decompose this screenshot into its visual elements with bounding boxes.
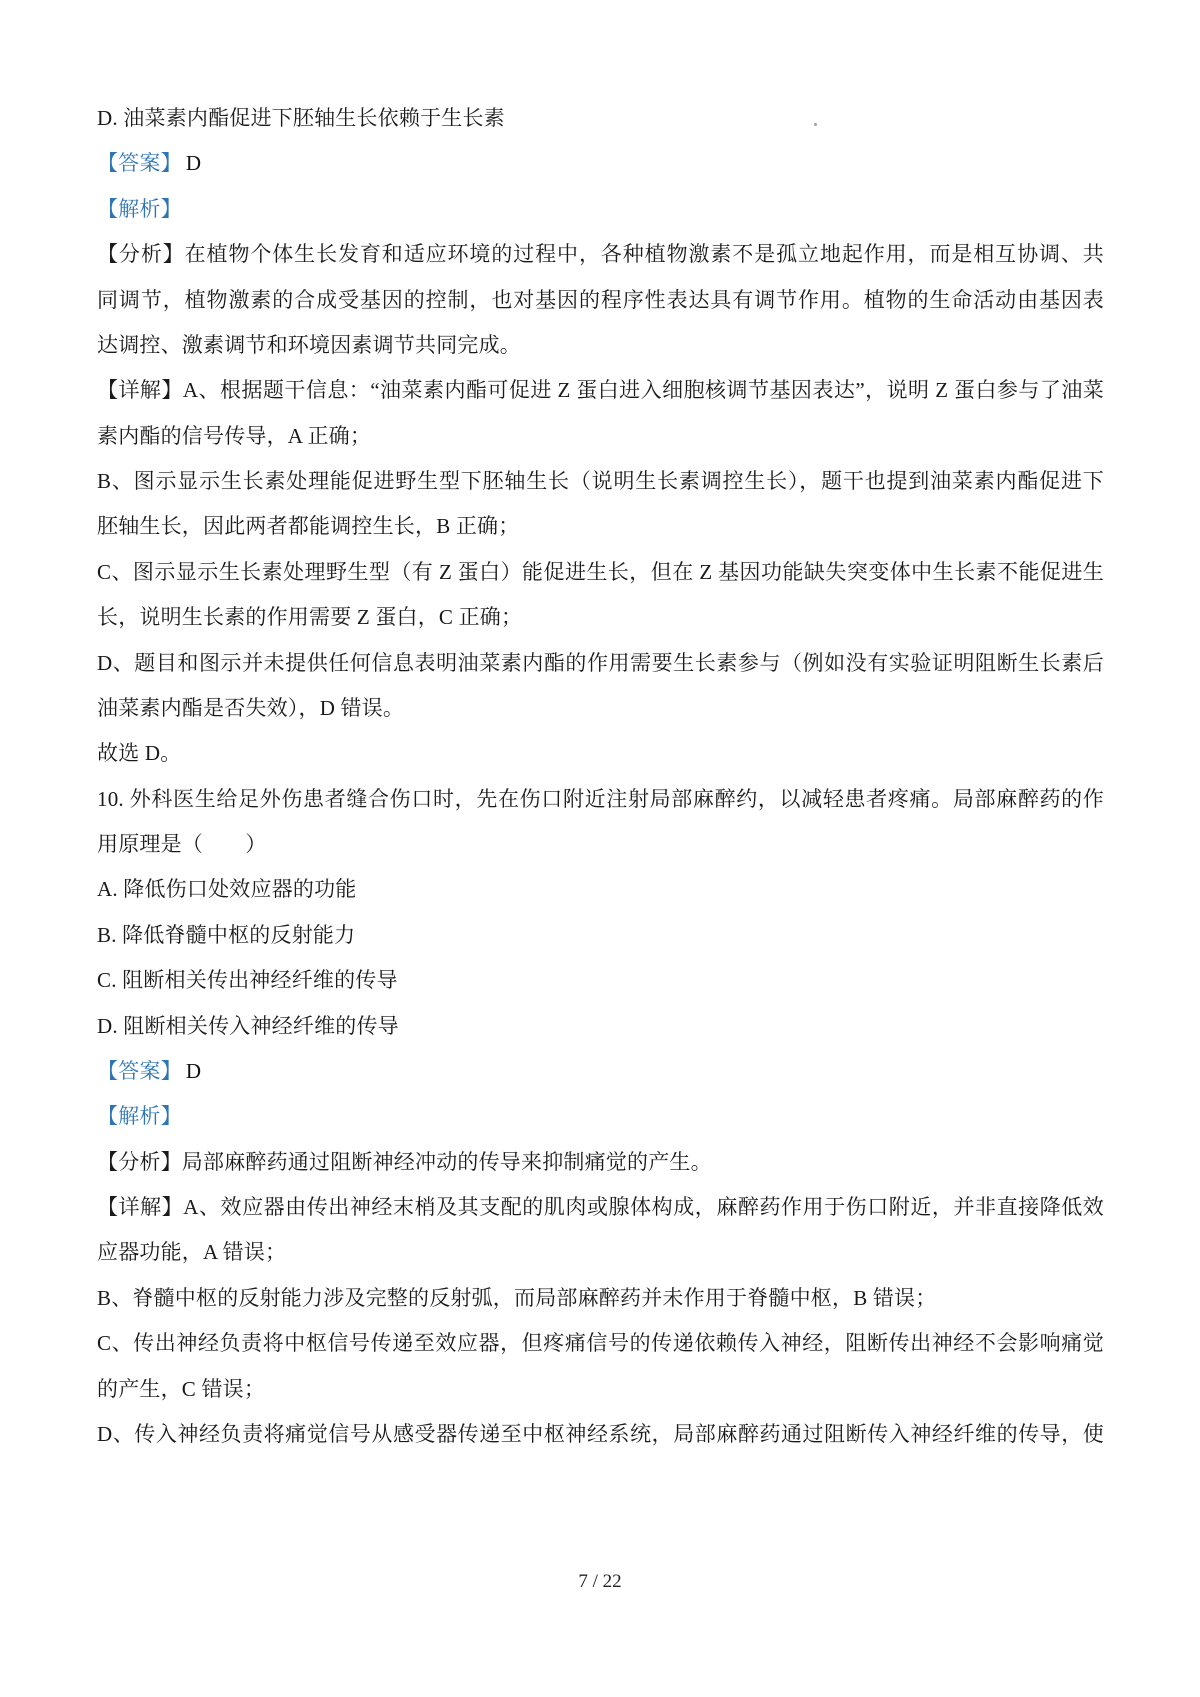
section-label: 【解析】: [97, 1104, 182, 1128]
text-line-body: C、传出神经负责将中枢信号传递至效应器，但疼痛信号的传递依赖传入神经，阻断传出神…: [97, 1321, 1104, 1366]
text-line-label: 【解析】: [97, 187, 1104, 232]
text-line-answer: 【答案】D: [97, 1049, 1104, 1094]
text-line-body: 应器功能，A 错误；: [97, 1230, 1104, 1275]
text-line-body: 用原理是（ ）: [97, 822, 1104, 867]
text-line-label: 【解析】: [97, 1094, 1104, 1139]
answer-label: 【答案】: [97, 1059, 182, 1083]
text-line-option: D. 阻断相关传入神经纤维的传导: [97, 1004, 1104, 1049]
text-line-option: A. 降低伤口处效应器的功能: [97, 867, 1104, 912]
text-line-body: 的产生，C 错误；: [97, 1367, 1104, 1412]
answer-value: D: [186, 151, 201, 175]
text-line-option: D. 油菜素内酯促进下胚轴生长依赖于生长素: [97, 96, 1104, 141]
text-line-body: 达调控、激素调节和环境因素调节共同完成。: [97, 323, 1104, 368]
text-line-body: 素内酯的信号传导，A 正确；: [97, 414, 1104, 459]
text-line-question: 10. 外科医生给足外伤患者缝合伤口时，先在伤口附近注射局部麻醉约，以减轻患者疼…: [97, 777, 1104, 822]
text-line-body: D、传入神经负责将痛觉信号从感受器传递至中枢神经系统，局部麻醉药通过阻断传入神经…: [97, 1412, 1104, 1457]
text-line-option: B. 降低脊髓中枢的反射能力: [97, 913, 1104, 958]
text-line-body: B、脊髓中枢的反射能力涉及完整的反射弧，而局部麻醉药并未作用于脊髓中枢，B 错误…: [97, 1276, 1104, 1321]
text-line-body: 【分析】在植物个体生长发育和适应环境的过程中，各种植物激素不是孤立地起作用，而是…: [97, 232, 1104, 277]
text-line-body: 胚轴生长，因此两者都能调控生长，B 正确；: [97, 504, 1104, 549]
text-line-body: C、图示显示生长素处理野生型（有 Z 蛋白）能促进生长，但在 Z 基因功能缺失突…: [97, 550, 1104, 595]
text-line-body: 长，说明生长素的作用需要 Z 蛋白，C 正确；: [97, 595, 1104, 640]
answer-value: D: [186, 1059, 201, 1083]
text-line-body: 油菜素内酯是否失效），D 错误。: [97, 686, 1104, 731]
document-page: { "page": { "footer": "7 / 22", "accent_…: [0, 0, 1200, 1697]
text-line-body: 【详解】A、根据题干信息：“油菜素内酯可促进 Z 蛋白进入细胞核调节基因表达”，…: [97, 368, 1104, 413]
text-line-body: B、图示显示生长素处理能促进野生型下胚轴生长（说明生长素调控生长），题干也提到油…: [97, 459, 1104, 504]
text-line-body: 故选 D。: [97, 731, 1104, 776]
text-line-body: 同调节，植物激素的合成受基因的控制，也对基因的程序性表达具有调节作用。植物的生命…: [97, 278, 1104, 323]
answer-label: 【答案】: [97, 151, 182, 175]
text-line-body: D、题目和图示并未提供任何信息表明油菜素内酯的作用需要生长素参与（例如没有实验证…: [97, 641, 1104, 686]
text-line-body: 【分析】局部麻醉药通过阻断神经冲动的传导来抑制痛觉的产生。: [97, 1140, 1104, 1185]
text-line-body: 【详解】A、效应器由传出神经末梢及其支配的肌肉或腺体构成，麻醉药作用于伤口附近，…: [97, 1185, 1104, 1230]
document-body: D. 油菜素内酯促进下胚轴生长依赖于生长素【答案】D【解析】【分析】在植物个体生…: [97, 96, 1104, 1457]
page-number: 7 / 22: [0, 1568, 1200, 1596]
text-line-option: C. 阻断相关传出神经纤维的传导: [97, 958, 1104, 1003]
text-line-answer: 【答案】D: [97, 141, 1104, 186]
section-label: 【解析】: [97, 197, 182, 221]
